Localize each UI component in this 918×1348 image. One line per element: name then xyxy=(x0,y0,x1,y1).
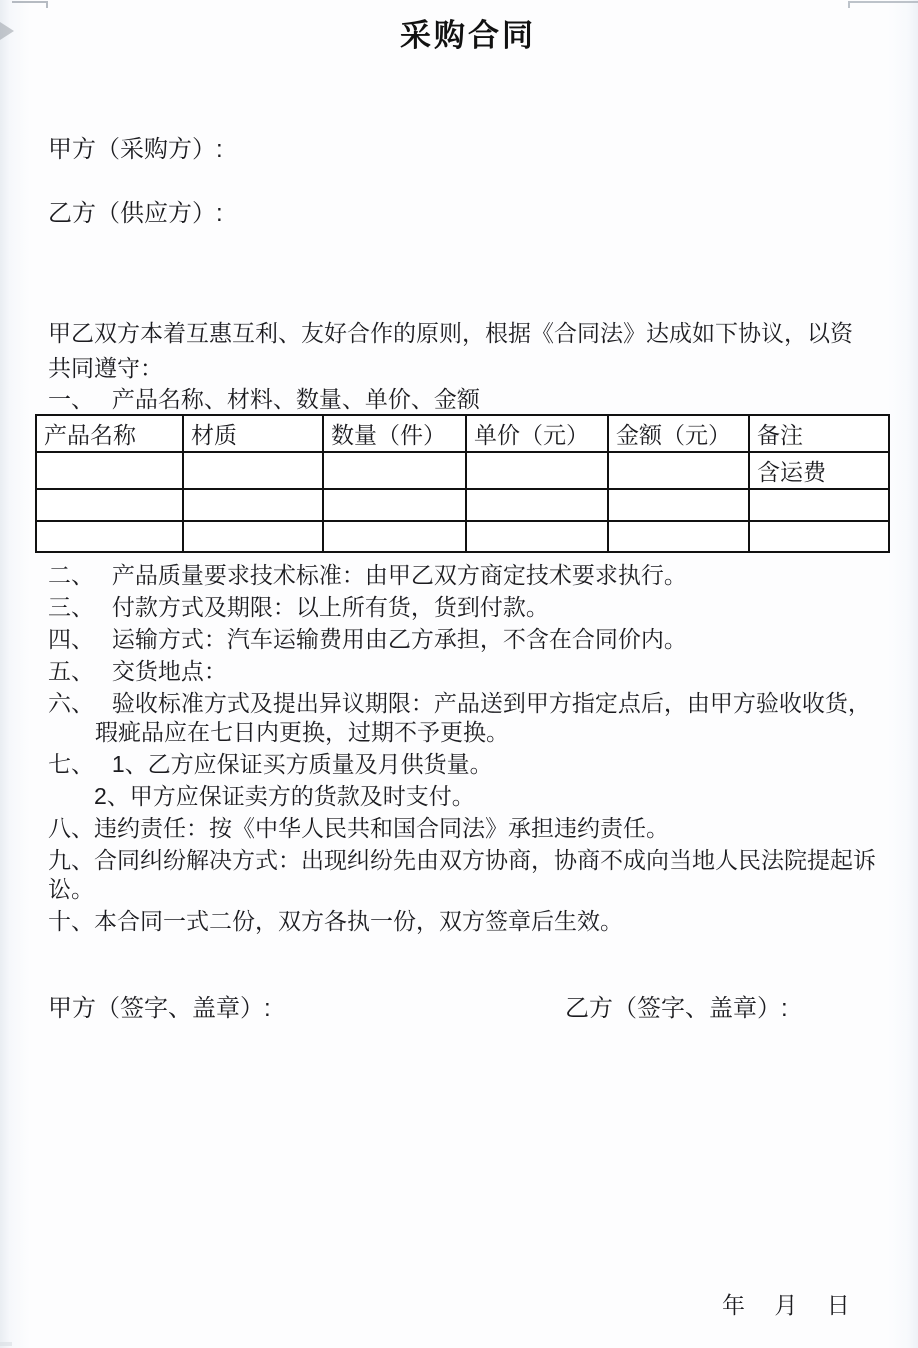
table-cell xyxy=(608,489,749,521)
clause-3: 三、 付款方式及期限：以上所有货，货到付款。 xyxy=(48,593,888,622)
clause-10: 十、本合同一式二份，双方各执一份，双方签章后生效。 xyxy=(48,907,888,936)
party-a-signature-label: 甲方（签字、盖章）: xyxy=(48,995,271,1022)
clause-2: 二、 产品质量要求技术标准：由甲乙双方商定技术要求执行。 xyxy=(48,561,888,590)
header-remark: 备注 xyxy=(749,415,889,452)
products-table: 产品名称 材质 数量（件） 单价（元） 金额（元） 备注 含运费 xyxy=(35,414,890,553)
table-cell xyxy=(749,489,889,521)
products-table-wrapper: 产品名称 材质 数量（件） 单价（元） 金额（元） 备注 含运费 xyxy=(35,414,888,553)
table-cell xyxy=(608,521,749,552)
party-b-signature-label: 乙方（签字、盖章）: xyxy=(565,988,788,1023)
contract-title: 采购合同 xyxy=(48,16,888,56)
date-line: 年 月 日 xyxy=(722,1291,850,1319)
table-cell xyxy=(183,489,323,521)
header-quantity: 数量（件） xyxy=(323,415,466,452)
clause-list: 二、 产品质量要求技术标准：由甲乙双方商定技术要求执行。 三、 付款方式及期限：… xyxy=(48,561,888,936)
table-header-row: 产品名称 材质 数量（件） 单价（元） 金额（元） 备注 xyxy=(36,415,889,452)
table-cell xyxy=(36,521,183,552)
crop-mark-top-right xyxy=(848,1,918,8)
table-cell xyxy=(466,452,608,489)
crop-mark-bottom-left xyxy=(0,1342,12,1346)
table-row: 含运费 xyxy=(36,452,889,489)
clause-4: 四、 运输方式：汽车运输费用由乙方承担，不含在合同价内。 xyxy=(48,625,888,654)
header-material: 材质 xyxy=(183,415,323,452)
contract-page: 采购合同 甲方（采购方）: 乙方（供应方）: 甲乙双方本着互惠互利、友好合作的原… xyxy=(0,0,918,1348)
table-cell xyxy=(749,521,889,552)
clause-1-heading: 一、 产品名称、材料、数量、单价、金额 xyxy=(48,386,888,412)
party-a-line: 甲方（采购方）: xyxy=(48,134,888,166)
table-cell xyxy=(323,489,466,521)
table-cell xyxy=(36,489,183,521)
clause-9: 九、合同纠纷解决方式：出现纠纷先由双方协商，协商不成向当地人民法院提起诉讼。 xyxy=(48,846,888,904)
intro-line-1: 甲乙双方本着互惠互利、友好合作的原则，根据《合同法》达成如下协议，以资 xyxy=(48,316,888,351)
crop-mark-top-left xyxy=(12,1,48,8)
intro-line-2: 共同遵守： xyxy=(48,351,888,386)
contract-content: 采购合同 甲方（采购方）: 乙方（供应方）: 甲乙双方本着互惠互利、友好合作的原… xyxy=(0,16,918,1020)
header-amount: 金额（元） xyxy=(608,415,749,452)
clause-7-item-1: 七、 1、乙方应保证买方质量及月供货量。 xyxy=(48,750,888,779)
table-cell xyxy=(466,489,608,521)
table-row xyxy=(36,521,889,552)
clause-6: 六、 验收标准方式及提出异议期限：产品送到甲方指定点后，由甲方验收收货，瑕疵品应… xyxy=(48,689,888,747)
table-cell xyxy=(36,452,183,489)
clause-5: 五、 交货地点： xyxy=(48,657,888,686)
table-cell xyxy=(183,521,323,552)
table-cell xyxy=(183,452,323,489)
clause-8: 八、违约责任：按《中华人民共和国合同法》承担违约责任。 xyxy=(48,814,888,843)
signature-row: 甲方（签字、盖章）: 乙方（签字、盖章）: xyxy=(48,988,888,1020)
table-cell xyxy=(323,521,466,552)
table-cell xyxy=(466,521,608,552)
party-b-line: 乙方（供应方）: xyxy=(48,198,888,230)
table-cell xyxy=(323,452,466,489)
header-unit-price: 单价（元） xyxy=(466,415,608,452)
table-cell xyxy=(608,452,749,489)
header-product-name: 产品名称 xyxy=(36,415,183,452)
table-row xyxy=(36,489,889,521)
clause-7-item-2: 2、甲方应保证卖方的货款及时支付。 xyxy=(48,782,888,811)
table-cell-remark: 含运费 xyxy=(749,452,889,489)
intro-paragraph: 甲乙双方本着互惠互利、友好合作的原则，根据《合同法》达成如下协议，以资 共同遵守… xyxy=(48,316,888,386)
